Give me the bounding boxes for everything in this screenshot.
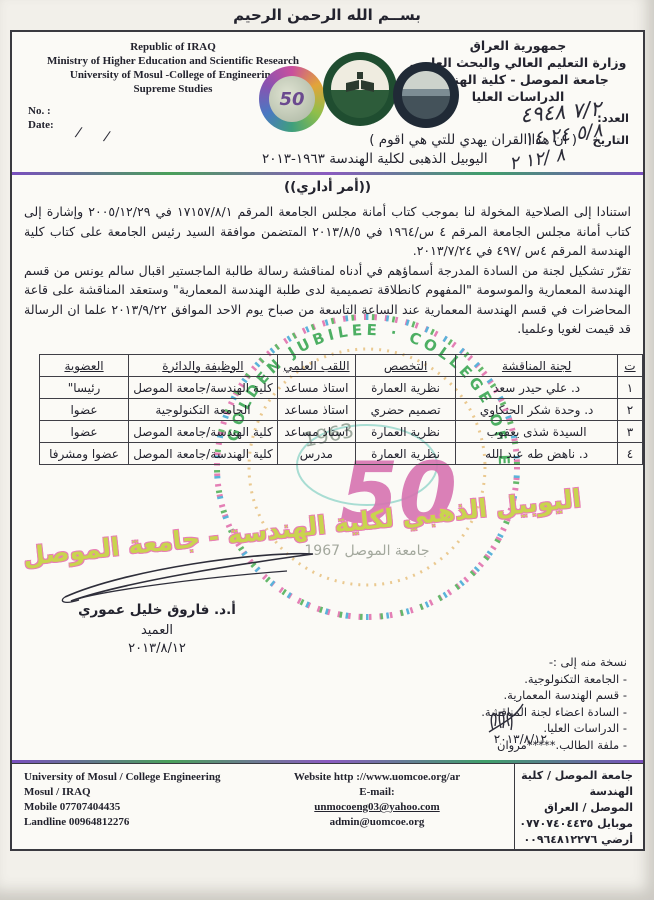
cell-member-name: د. ناهض طه عبد الله xyxy=(456,443,618,465)
cell-specialty: تصميم حضري xyxy=(355,399,455,421)
footer-arabic-block: جامعة الموصل / كلية الهندسة الموصل / الع… xyxy=(508,768,633,848)
jubilee-text-line: اليوبيل الذهبى لكلية الهندسة ١٩٦٣-٢٠١٣ xyxy=(262,151,488,167)
scanned-document-page: بســم الله الرحمن الرحيم Republic of IRA… xyxy=(0,0,654,900)
footer-ar-university: جامعة الموصل / كلية الهندسة xyxy=(508,768,633,800)
cell-membership: عضوا xyxy=(40,421,129,443)
administrative-order-heading: ((أمر أداري)) xyxy=(12,179,643,195)
cell-title: مدرس xyxy=(277,443,355,465)
cell-membership: عضوا xyxy=(40,399,129,421)
cell-specialty: نظرية العمارة xyxy=(355,443,455,465)
col-header-title: اللقب العلمي xyxy=(277,355,355,377)
footer-email-label: E-mail: xyxy=(252,785,502,800)
quran-verse-line: ( ان هذا القران يهدي للتي هي اقوم ) xyxy=(369,132,577,148)
footer-ar-mobile: موبايل ٠٧٧٠٧٤٠٤٤٣٥ xyxy=(508,816,633,832)
college-of-engineering-logo xyxy=(393,62,459,128)
bismillah-line: بســم الله الرحمن الرحيم xyxy=(0,6,654,24)
handwritten-date-line2: ٨ /١٢ ٢ xyxy=(507,144,566,174)
cell-member-name: السيدة شذى يعقوب xyxy=(456,421,618,443)
cell-index: ٢ xyxy=(617,399,642,421)
engineering-logo-bridge xyxy=(402,71,450,119)
university-of-mosul-logo xyxy=(323,52,397,126)
col-header-department: الوظيفة والدائرة xyxy=(129,355,278,377)
footer-en-university: University of Mosul / College Engineerin… xyxy=(24,770,220,785)
cell-department: كلية الهندسة/جامعة الموصل xyxy=(129,377,278,399)
footer-ar-landline: أرضي ٠٠٩٦٤٨١٢٢٧٦ xyxy=(508,832,633,848)
copies-item: - الجامعة التكنولوجية. xyxy=(397,671,627,688)
cell-member-name: د. وحدة شكر الحنكاوي xyxy=(456,399,618,421)
header-en-country: Republic of IRAQ xyxy=(18,40,328,54)
footer-en-landline: Landline 00964812276 xyxy=(24,815,220,830)
order-body-text: استنادا إلى الصلاحية المخولة لنا بموجب ك… xyxy=(24,202,631,339)
cell-index: ٣ xyxy=(617,421,642,443)
cell-department: الجامعة التكنولوجية xyxy=(129,399,278,421)
document-frame: Republic of IRAQ Ministry of Higher Educ… xyxy=(10,30,645,851)
golden-jubilee-50-logo: 50 xyxy=(259,66,325,132)
col-header-index: ت xyxy=(617,355,642,377)
table-header-row: ت لجنة المناقشة التخصص اللقب العلمي الوظ… xyxy=(40,355,643,377)
dean-title: العميد xyxy=(42,623,272,638)
number-date-labels: No. : Date: xyxy=(28,104,54,132)
footer-english-block: University of Mosul / College Engineerin… xyxy=(24,770,220,830)
footer-separator-line xyxy=(12,760,643,763)
order-paragraph-1: استنادا إلى الصلاحية المخولة لنا بموجب ك… xyxy=(24,202,631,261)
table-row: ٢ د. وحدة شكر الحنكاوي تصميم حضري استاذ … xyxy=(40,399,643,421)
footer-website: Website http ://www.uomcoe.org/ar xyxy=(252,770,502,785)
header-ar-country: جمهورية العراق xyxy=(403,37,633,54)
order-paragraph-2: تقرّر تشكيل لجنة من السادة المدرجة أسماؤ… xyxy=(24,261,631,339)
footer-ar-city: الموصل / العراق xyxy=(508,800,633,816)
cell-specialty: نظرية العمارة xyxy=(355,377,455,399)
table-row: ١ د. علي حيدر سعد نظرية العمارة استاذ مس… xyxy=(40,377,643,399)
cell-title: استاذ مساعد xyxy=(277,399,355,421)
committee-table: ت لجنة المناقشة التخصص اللقب العلمي الوظ… xyxy=(39,354,643,465)
footer-email-yahoo: unmocoeng03@yahoo.com xyxy=(252,800,502,815)
table-row: ٤ د. ناهض طه عبد الله نظرية العمارة مدرس… xyxy=(40,443,643,465)
dean-name: أ.د. فاروق خليل عموري xyxy=(42,602,272,618)
copies-date: ٢٠١٣/٨/١٢ xyxy=(494,732,547,746)
footer-email-admin: admin@uomcoe.org xyxy=(252,815,502,830)
cell-member-name: د. علي حيدر سعد xyxy=(456,377,618,399)
footer-en-city: Mosul / IRAQ xyxy=(24,785,220,800)
handwritten-date-slashes: / / xyxy=(75,125,120,146)
dean-signature-scribble xyxy=(57,547,327,607)
cell-department: كلية الهندسة/جامعة الموصل xyxy=(129,421,278,443)
cell-title: استاذ مساعد xyxy=(277,421,355,443)
footer-contact-block: University of Mosul / College Engineerin… xyxy=(12,763,643,850)
clerk-initials-scribble xyxy=(483,700,525,736)
mosul-logo-emblem xyxy=(331,60,389,118)
open-book-icon xyxy=(340,69,380,109)
copies-heading: نسخة منه إلى :- xyxy=(397,654,627,671)
cell-membership: رئيسا" xyxy=(40,377,129,399)
cell-membership: عضوا ومشرفا xyxy=(40,443,129,465)
cell-department: كلية الهندسة/جامعة الموصل xyxy=(129,443,278,465)
col-header-specialty: التخصص xyxy=(355,355,455,377)
jubilee-50-number: 50 xyxy=(269,76,315,122)
header-separator-line xyxy=(12,172,643,175)
col-header-committee: لجنة المناقشة xyxy=(456,355,618,377)
col-header-membership: العضوية xyxy=(40,355,129,377)
cell-index: ٤ xyxy=(617,443,642,465)
no-label: No. : xyxy=(28,104,54,118)
cell-title: استاذ مساعد xyxy=(277,377,355,399)
footer-web-block: Website http ://www.uomcoe.org/ar E-mail… xyxy=(252,770,502,830)
cell-index: ١ xyxy=(617,377,642,399)
footer-en-mobile: Mobile 07707404435 xyxy=(24,800,220,815)
signature-date: ٢٠١٣/٨/١٢ xyxy=(42,641,272,656)
header-en-ministry: Ministry of Higher Education and Scienti… xyxy=(18,54,328,68)
date-label: Date: xyxy=(28,118,54,132)
cell-specialty: نظرية العمارة xyxy=(355,421,455,443)
table-row: ٣ السيدة شذى يعقوب نظرية العمارة استاذ م… xyxy=(40,421,643,443)
